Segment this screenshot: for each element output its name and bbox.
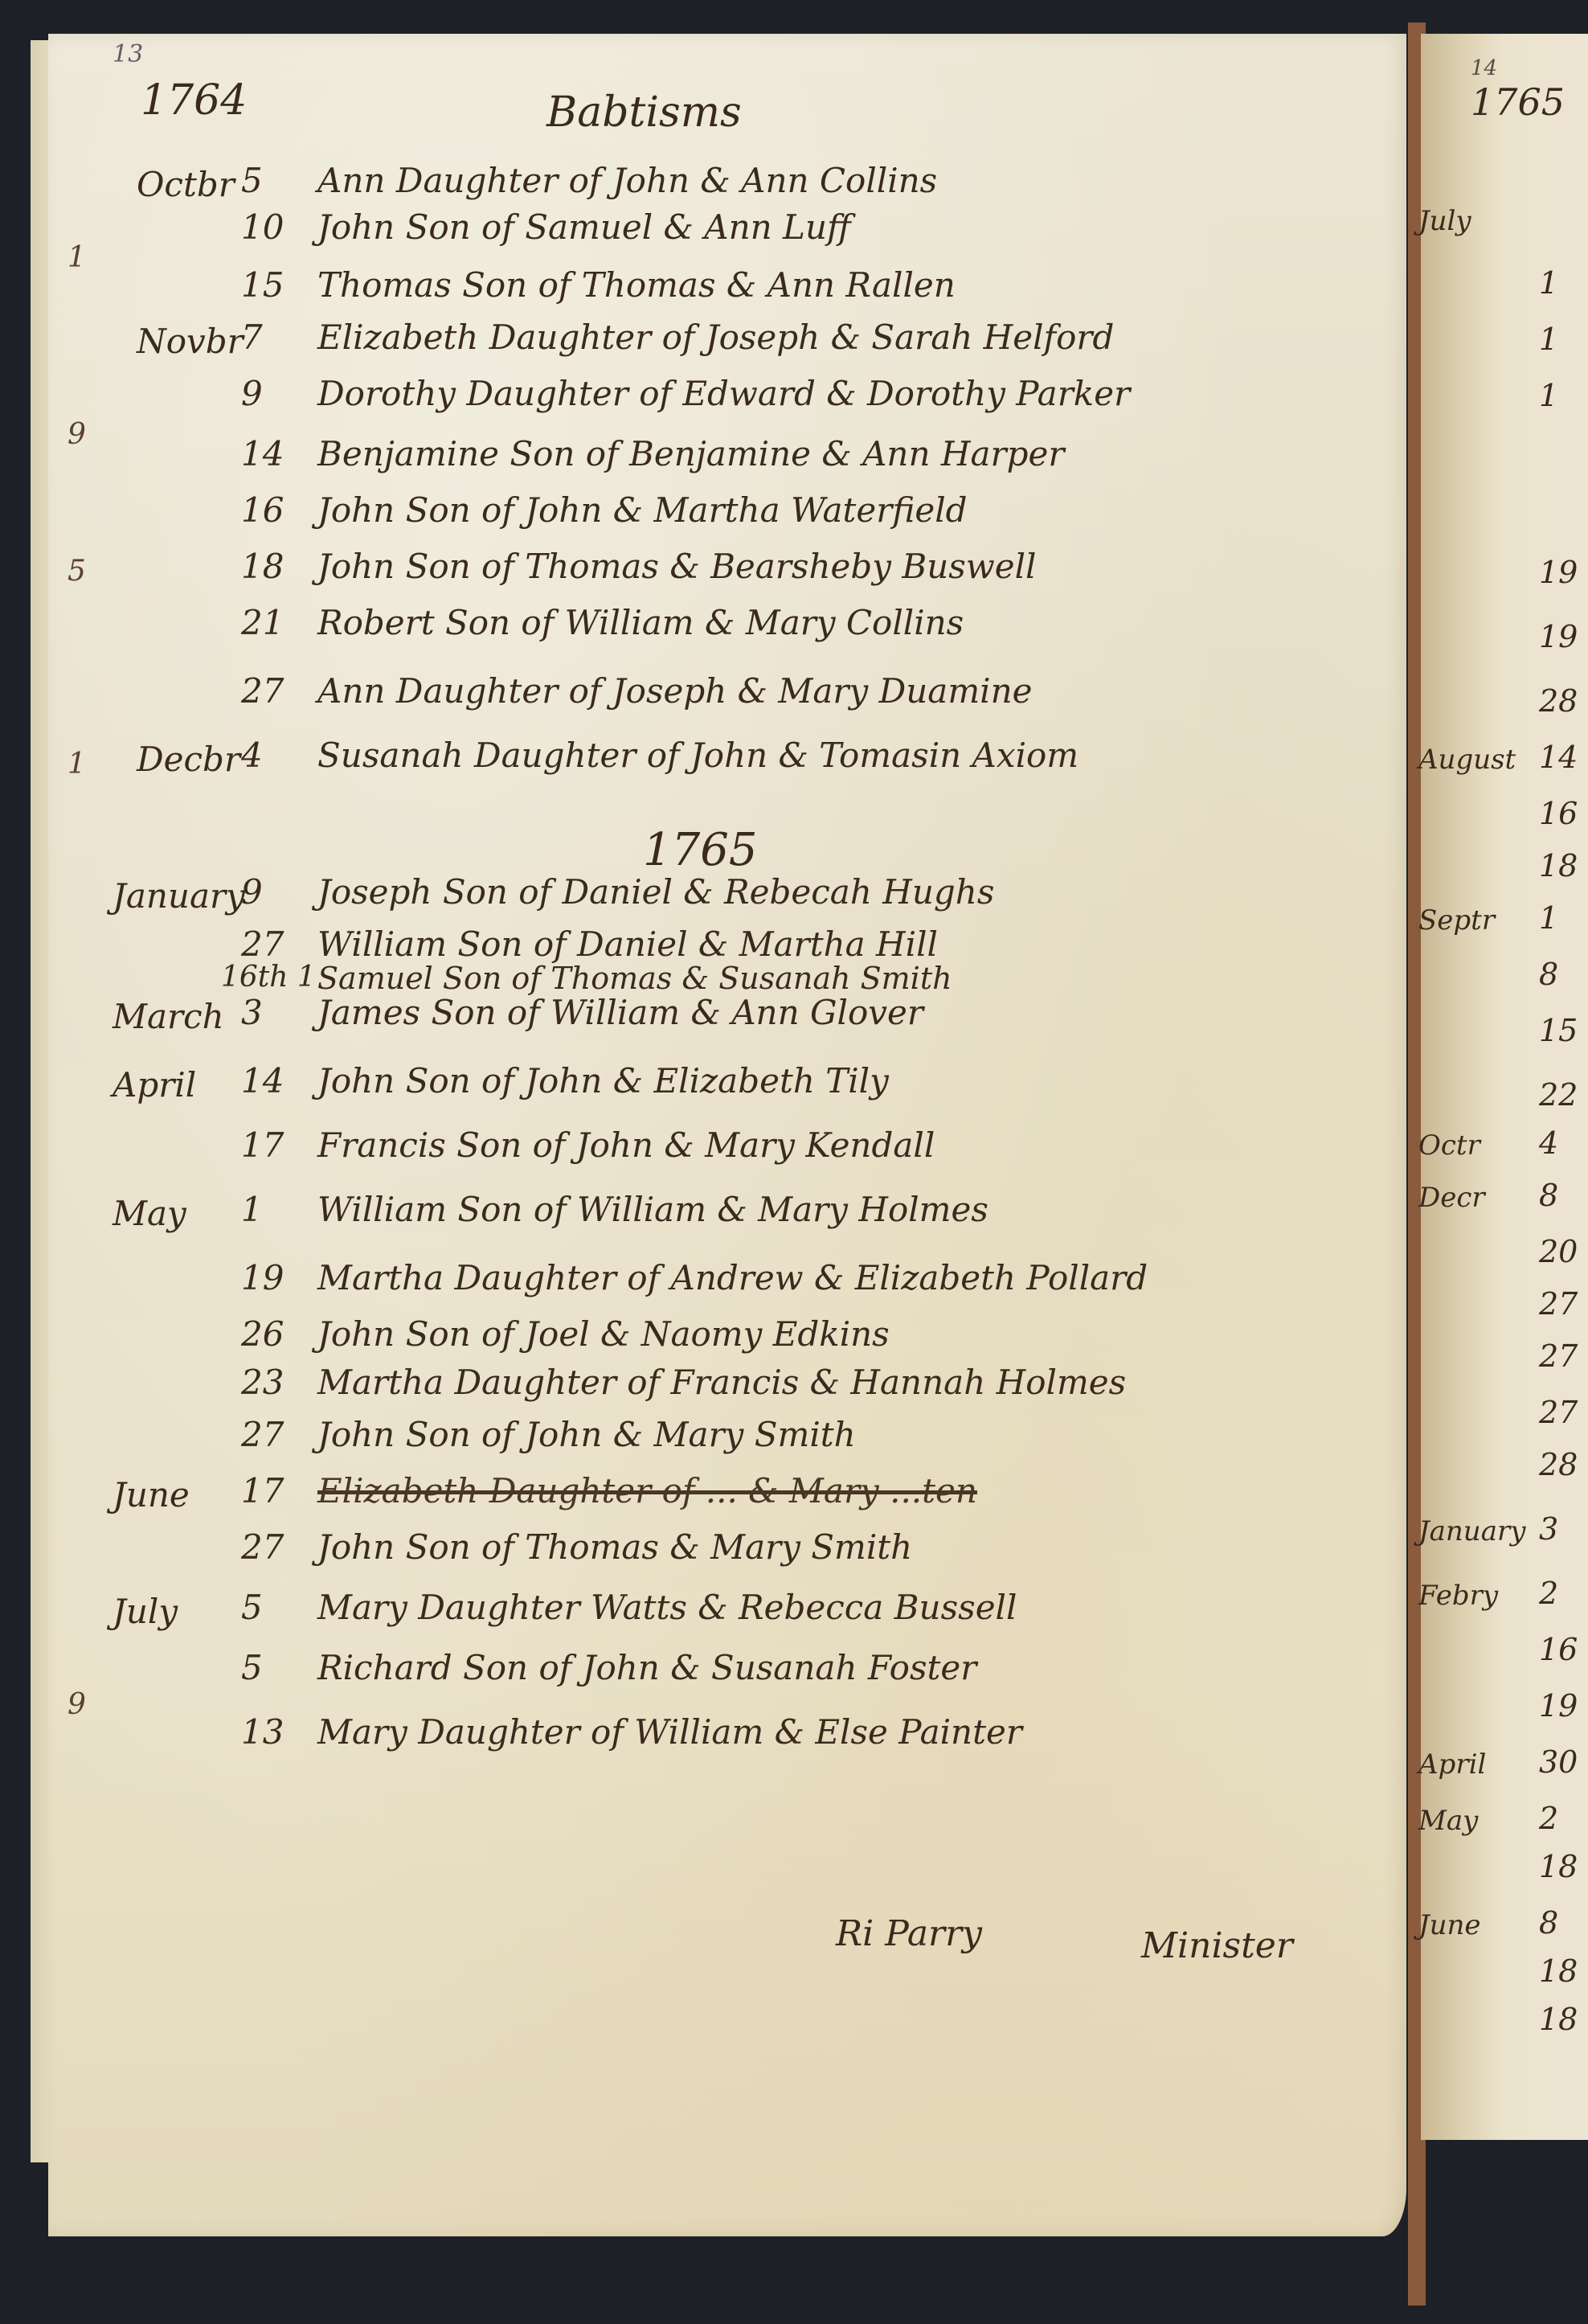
entry-month: May [113,1194,186,1233]
register-entry: Martha Daughter of Francis & Hannah Holm… [317,1363,1126,1402]
right-entry-day: 18 [1539,1953,1578,1989]
right-folio-number: 14 [1471,56,1497,80]
entry-day: 18 [241,547,284,586]
entry-month: January [113,876,245,916]
right-entry-day: 18 [1539,1849,1578,1884]
right-entry-month: July [1418,205,1471,237]
entry-day: 17 [241,1471,284,1510]
folio-number: 13 [113,40,143,68]
entry-day: 5 [241,161,263,200]
right-entry-month: Septr [1418,904,1495,937]
entry-day: 27 [241,924,284,964]
register-entry: Dorothy Daughter of Edward & Dorothy Par… [317,374,1130,413]
right-entry-month: Decr [1418,1182,1485,1214]
right-entry-day: 28 [1539,1447,1578,1482]
right-entry-day: 15 [1539,1013,1578,1048]
right-entry-day: 2 [1539,1576,1558,1611]
register-entry: John Son of Joel & Naomy Edkins [317,1314,890,1354]
entry-day: 13 [241,1712,284,1752]
entry-day: 3 [241,993,263,1032]
right-entry-day: 16 [1539,1632,1578,1667]
entry-day: 27 [241,1415,284,1454]
register-entry: John Son of John & Mary Smith [317,1415,856,1454]
register-entry: John Son of Thomas & Mary Smith [317,1527,912,1567]
right-entry-day: 1 [1539,322,1558,357]
right-entry-day: 1 [1539,900,1558,936]
right-entry-day: 8 [1539,1178,1558,1213]
register-entry: John Son of Samuel & Ann Luff [317,207,851,247]
register-entry: Martha Daughter of Andrew & Elizabeth Po… [317,1258,1148,1297]
entry-day: 23 [241,1363,284,1402]
entry-day: 4 [241,736,263,775]
entry-day: 15 [241,265,284,305]
register-entry: William Son of Daniel & Martha Hill [317,924,938,964]
right-entry-day: 19 [1539,619,1578,654]
register-entry: Richard Son of John & Susanah Foster [317,1648,976,1687]
right-entry-day: 3 [1539,1511,1558,1547]
right-entry-day: 1 [1539,378,1558,413]
right-entry-month: June [1418,1909,1481,1941]
right-entry-day: 18 [1539,848,1578,883]
right-entry-month: Octr [1418,1129,1480,1162]
entry-day: 14 [241,1061,284,1101]
register-entry: Susanah Daughter of John & Tomasin Axiom [317,736,1078,775]
register-entry: Samuel Son of Thomas & Susanah Smith [317,961,952,996]
entry-day: 9 [241,374,263,413]
entry-day: 16th 1 [221,961,316,994]
register-entry: Benjamine Son of Benjamine & Ann Harper [317,434,1064,473]
register-entry: Mary Daughter of William & Else Painter [317,1712,1022,1752]
entry-day: 26 [241,1314,284,1354]
right-entry-day: 19 [1539,1688,1578,1724]
year-heading-1765: 1765 [643,824,758,876]
right-entry-day: 8 [1539,1905,1558,1941]
entry-day: 5 [241,1588,263,1627]
register-entry: John Son of John & Martha Waterfield [317,490,968,530]
register-entry: Ann Daughter of John & Ann Collins [317,161,937,200]
right-entry-month: May [1418,1805,1478,1837]
right-entry-day: 16 [1539,796,1578,831]
right-entry-day: 4 [1539,1125,1558,1161]
right-year-heading: 1765 [1471,80,1565,124]
entry-month: Octbr [137,165,235,204]
entry-day: 1 [241,1190,263,1229]
register-entry: Mary Daughter Watts & Rebecca Bussell [317,1588,1017,1627]
entry-day: 9 [241,872,263,912]
entry-day: 7 [241,318,263,357]
entry-month: July [113,1592,178,1631]
entry-day: 19 [241,1258,284,1297]
register-entry: Thomas Son of Thomas & Ann Rallen [317,265,956,305]
right-entry-day: 18 [1539,2002,1578,2037]
right-entry-day: 28 [1539,683,1578,719]
year-heading: 1764 [141,76,247,125]
entry-day: 21 [241,603,284,642]
register-entry: Joseph Son of Daniel & Rebecah Hughs [317,872,994,912]
margin-mark: 9 [68,1688,86,1721]
register-entry: William Son of William & Mary Holmes [317,1190,988,1229]
right-entry-day: 19 [1539,555,1578,590]
register-entry: Robert Son of William & Mary Collins [317,603,964,642]
entry-day: 16 [241,490,284,530]
right-entry-day: 30 [1539,1744,1578,1780]
right-entry-day: 2 [1539,1801,1558,1836]
entry-month: March [113,997,224,1036]
register-entry: Francis Son of John & Mary Kendall [317,1125,935,1165]
right-entry-month: January [1418,1515,1525,1547]
minister-signature: Ri Parry [836,1913,982,1954]
margin-mark: 1 [68,241,86,274]
register-entry: James Son of William & Ann Glover [317,993,923,1032]
right-entry-day: 1 [1539,265,1558,301]
margin-mark: 1 [68,748,86,781]
struck-entry: Elizabeth Daughter of ... & Mary ...ten [317,1471,977,1510]
register-entry: Ann Daughter of Joseph & Mary Duamine [317,671,1033,711]
entry-day: 14 [241,434,284,473]
entry-month: April [113,1065,196,1105]
right-entry-month: August [1418,744,1516,776]
right-entry-day: 27 [1539,1338,1578,1374]
margin-mark: 5 [68,555,86,588]
right-entry-month: April [1418,1748,1486,1781]
entry-month: June [113,1475,190,1514]
entry-month: Decbr [137,740,240,779]
entry-day: 5 [241,1648,263,1687]
page-title: Babtisms [546,88,742,137]
right-entry-month: Febry [1418,1580,1498,1612]
register-entry: John Son of Thomas & Bearsheby Buswell [317,547,1036,586]
register-entry: John Son of John & Elizabeth Tily [317,1061,889,1101]
right-entry-day: 20 [1539,1234,1578,1269]
entry-day: 10 [241,207,284,247]
register-entry: Elizabeth Daughter of Joseph & Sarah Hel… [317,318,1114,357]
right-entry-day: 27 [1539,1286,1578,1322]
margin-mark: 9 [68,418,86,451]
signature-title: Minister [1141,1925,1293,1966]
right-entry-day: 8 [1539,957,1558,992]
entry-day: 27 [241,671,284,711]
right-entry-day: 14 [1539,740,1578,775]
right-entry-day: 22 [1539,1077,1578,1113]
entry-day: 17 [241,1125,284,1165]
entry-month: Novbr [137,322,244,361]
entry-day: 27 [241,1527,284,1567]
right-entry-day: 27 [1539,1395,1578,1430]
